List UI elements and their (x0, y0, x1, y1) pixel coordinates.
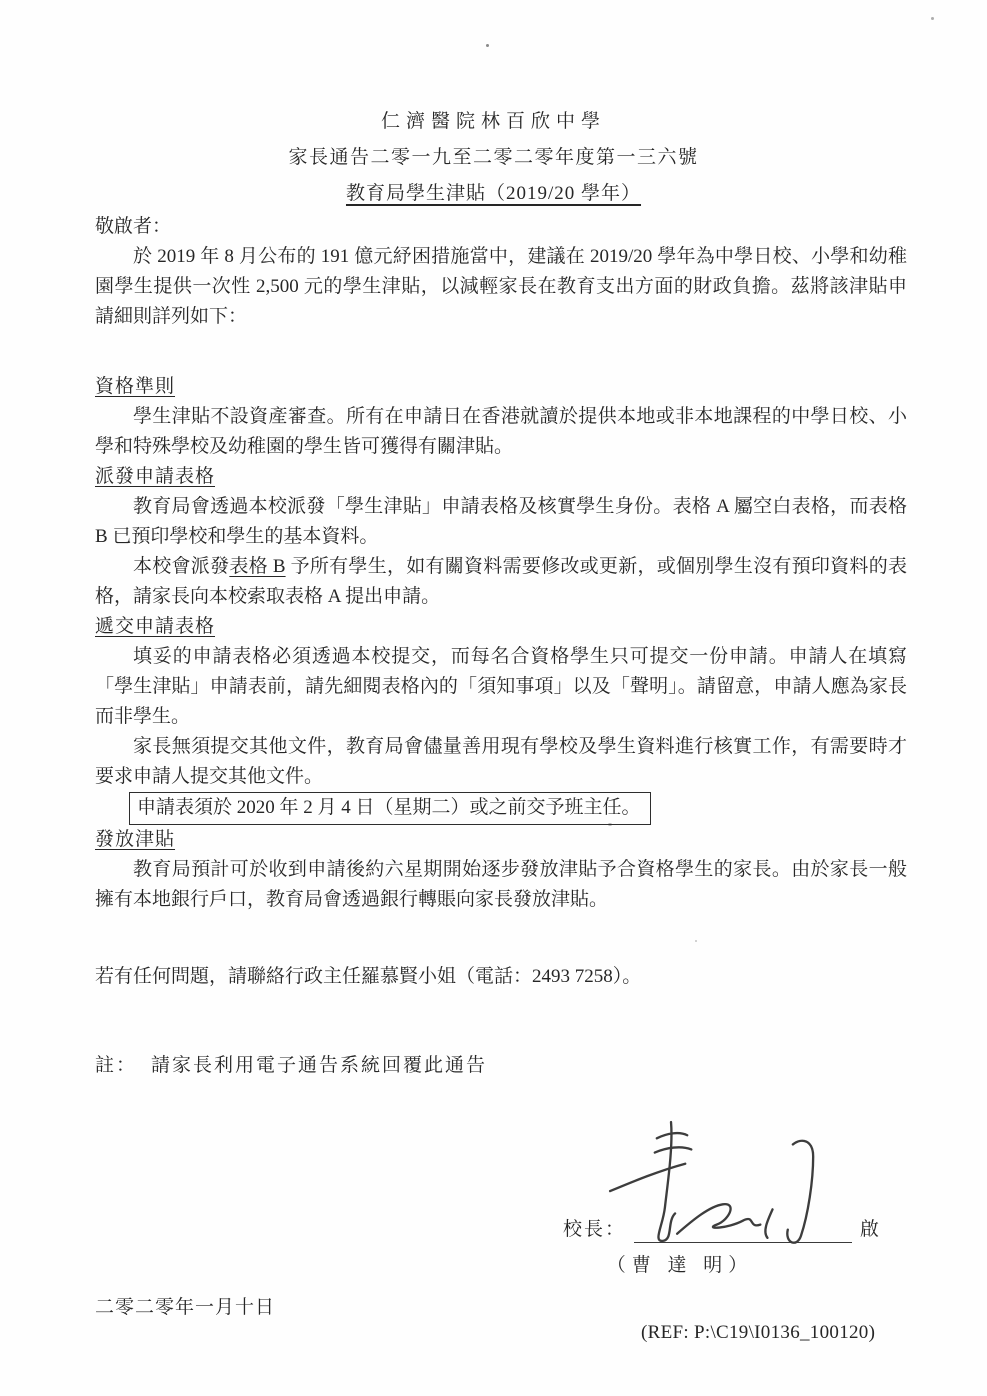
title-block: 仁濟醫院林百欣中學 家長通告二零一九至二零二零年度第一三六號 教育局學生津貼（2… (0, 104, 987, 212)
note-line: 註：請家長利用電子通告系統回覆此通告 (95, 1051, 907, 1081)
section-heading-distribution: 派發申請表格 (95, 462, 907, 492)
contact-line: 若有任何問題，請聯絡行政主任羅慕賢小姐（電話：2493 7258）。 (95, 962, 907, 992)
signature-row: 校長： 啟 (563, 1214, 881, 1243)
notice-subject: 教育局學生津貼（2019/20 學年） (0, 176, 987, 212)
distribution-paragraph-2: 本校會派發表格 B 予所有學生，如有關資料需要修改或更新，或個別學生沒有預印資料… (95, 552, 907, 612)
notice-number: 家長通告二零一九至二零二零年度第一三六號 (0, 140, 987, 176)
principal-label: 校長： (563, 1214, 626, 1243)
disbursement-paragraph: 教育局預計可於收到申請後約六星期開始逐步發放津貼予合資格學生的家長。由於家長一般… (95, 855, 907, 915)
distribution-paragraph-1: 教育局會透過本校派發「學生津貼」申請表格及核實學生身份。表格 A 屬空白表格，而… (95, 492, 907, 552)
reference-number: (REF: P:\C19\I0136_100120) (641, 1322, 875, 1344)
form-b-underlined: 表格 B (229, 556, 285, 577)
scan-speck (486, 44, 489, 47)
submission-paragraph-1: 填妥的申請表格必須透過本校提交，而每名合資格學生只可提交一份申請。申請人在填寫「… (95, 642, 907, 732)
note-label: 註： (95, 1055, 137, 1076)
section-heading-eligibility: 資格準則 (95, 372, 907, 402)
eligibility-paragraph: 學生津貼不設資產審查。所有在申請日在香港就讀於提供本地或非本地課程的中學日校、小… (95, 402, 907, 462)
notice-body: 敬啟者： 於 2019 年 8 月公布的 191 億元紓困措施當中，建議在 20… (95, 212, 907, 1081)
deadline-box: 申請表須於 2020 年 2 月 4 日（星期二）或之前交予班主任。 (129, 792, 651, 825)
scanned-notice-page: 仁濟醫院林百欣中學 家長通告二零一九至二零二零年度第一三六號 教育局學生津貼（2… (0, 0, 987, 1396)
distribution-para2-pre: 本校會派發 (133, 556, 229, 577)
signature-suffix: 啟 (860, 1214, 881, 1243)
submission-paragraph-2: 家長無須提交其他文件，教育局會儘量善用現有學校及學生資料進行核實工作，有需要時才… (95, 732, 907, 792)
principal-name: （曹 達 明） (571, 1250, 789, 1277)
note-text: 請家長利用電子通告系統回覆此通告 (151, 1055, 487, 1076)
section-heading-submission: 遞交申請表格 (95, 612, 907, 642)
signature-line (634, 1215, 852, 1243)
salutation: 敬啟者： (95, 212, 907, 242)
scan-speck (931, 17, 934, 20)
section-heading-disbursement: 發放津貼 (95, 825, 907, 855)
school-name: 仁濟醫院林百欣中學 (0, 104, 987, 140)
notice-date: 二零二零年一月十日 (95, 1292, 275, 1319)
intro-paragraph: 於 2019 年 8 月公布的 191 億元紓困措施當中，建議在 2019/20… (95, 242, 907, 332)
